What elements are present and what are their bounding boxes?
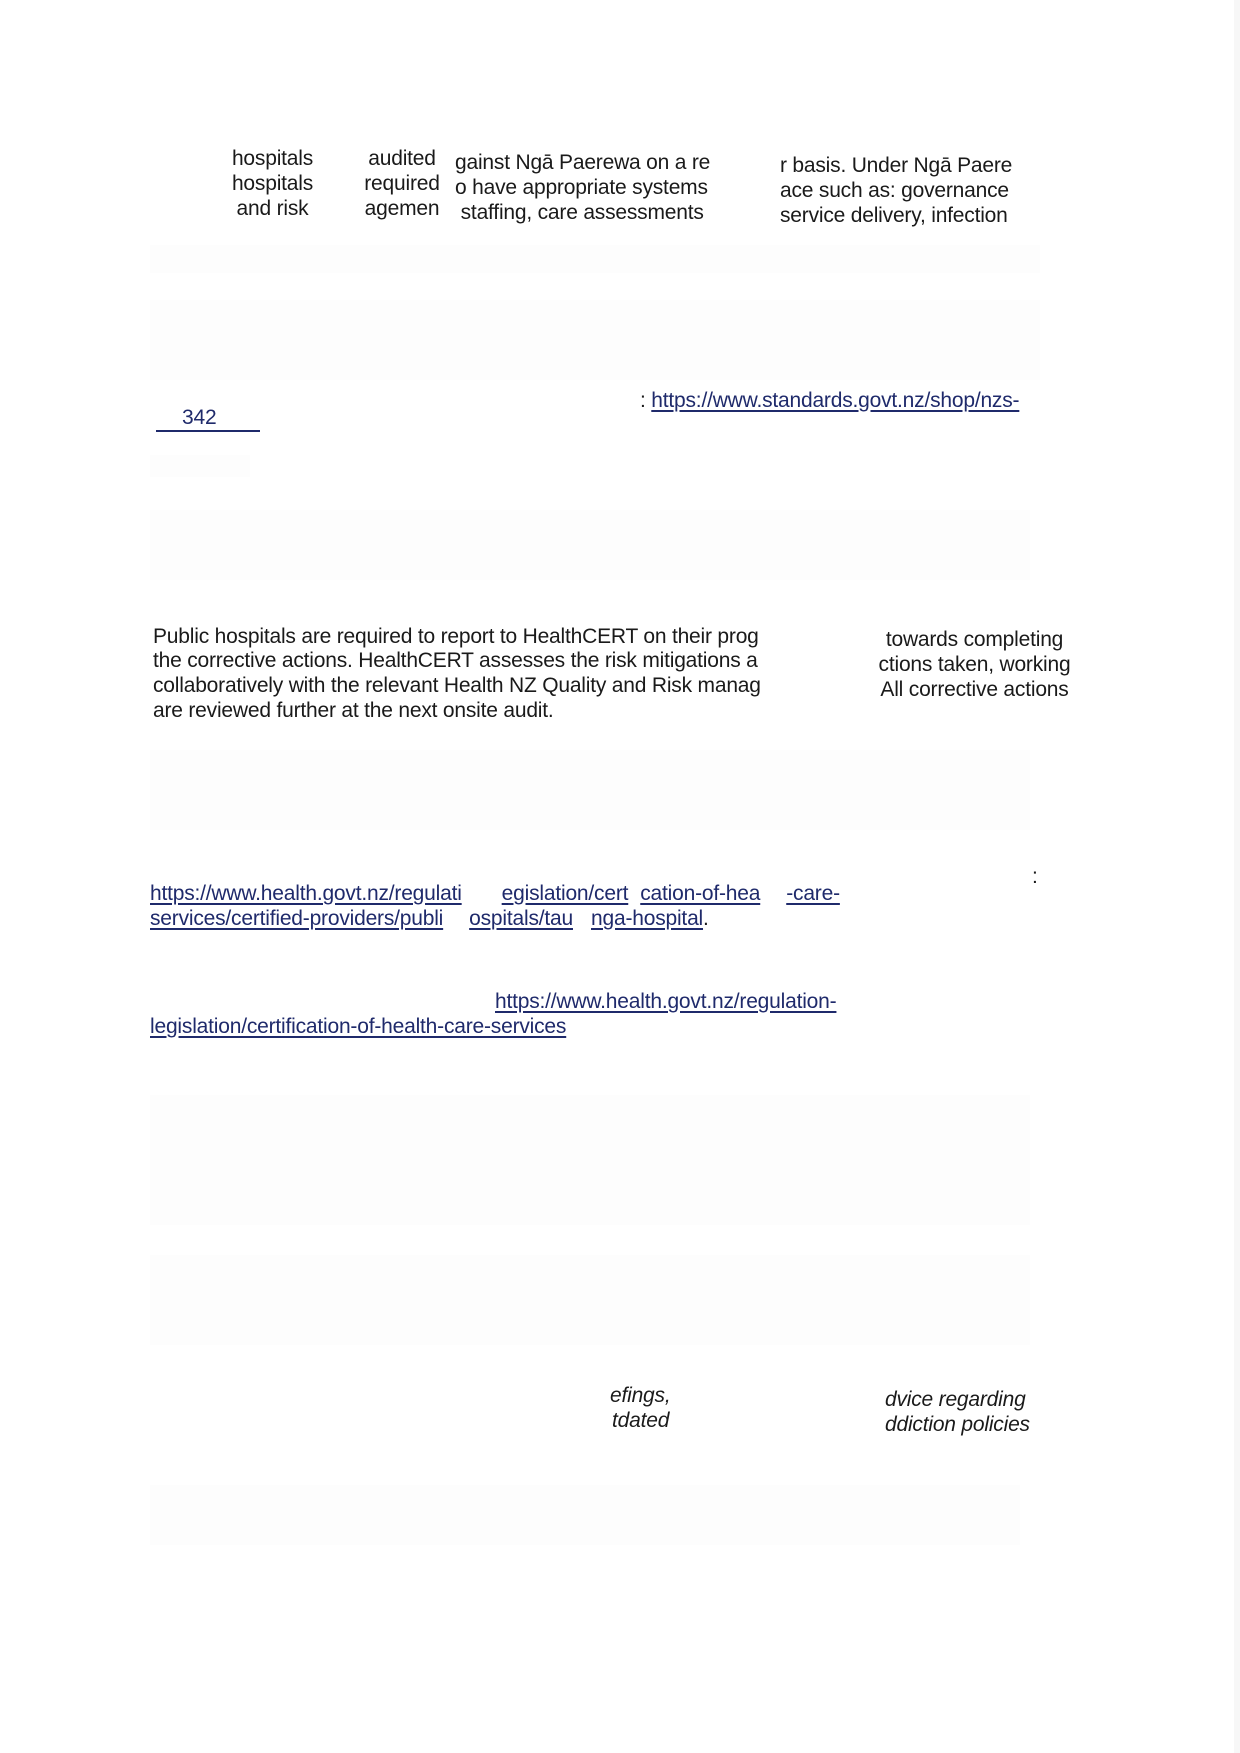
fragment: towards completing [862,627,1087,652]
fragment: are reviewed further at the next onsite … [153,698,761,723]
redacted-block [150,510,1030,580]
fragment: ace such as: governance [780,178,1012,203]
redacted-block [150,245,1040,273]
link-part[interactable]: services/certified-providers/publi [150,907,443,930]
standards-link[interactable]: https://www.standards.govt.nz/shop/nzs- [651,389,1019,412]
link-part[interactable]: ospitals/tau [469,907,573,930]
standards-number: 342 [182,405,216,430]
link-part[interactable]: nga-hospital [591,907,703,930]
fragment: agemen [358,196,446,221]
redacted-block [150,1095,1030,1225]
scan-edge [1234,0,1240,1753]
fragment: Public hospitals are required to report … [153,624,761,649]
paragraph-2: Public hospitals are required to report … [153,624,761,723]
redacted-block [150,1255,1030,1345]
fragment: hospitals [225,146,320,171]
fragment: tdated [610,1408,670,1433]
fragment: All corrective actions [862,677,1087,702]
fragment: collaboratively with the relevant Health… [153,673,761,698]
certification-link[interactable]: https://www.health.govt.nz/regulation- l… [150,989,836,1039]
link-part[interactable]: -care- [786,882,840,905]
fragment: ctions taken, working [862,652,1087,677]
fragment: o have appropriate systems [455,175,710,200]
paragraph-2-right: towards completing ctions taken, working… [862,627,1087,702]
period: . [703,907,709,930]
fragment: service delivery, infection [780,203,1012,228]
colon: : [1032,864,1038,889]
fragment: r basis. Under Ngā Paere [780,153,1012,178]
redacted-block [150,750,1030,830]
link-part[interactable]: egislation/cert [502,882,629,905]
fragment: gainst Ngā Paerewa on a re [455,150,710,175]
link-part[interactable]: https://www.health.govt.nz/regulati [150,882,462,905]
underline-rule [156,430,260,432]
tauranga-link[interactable]: https://www.health.govt.nz/regulati egis… [150,881,840,931]
fragment: hospitals [225,171,320,196]
link-part[interactable]: legislation/certification-of-health-care… [150,1015,566,1038]
link-part[interactable]: cation-of-hea [640,882,760,905]
redacted-block [150,455,250,477]
colon: : [640,389,646,412]
fragment: dvice regarding [885,1387,1030,1412]
fragment: the corrective actions. HealthCERT asses… [153,648,761,673]
fragment: ddiction policies [885,1412,1030,1437]
fragment: audited [358,146,446,171]
italic-fragment-left: efings, tdated [610,1383,670,1433]
fragment: required [358,171,446,196]
fragment: staffing, care assessments [455,200,710,225]
fragment: and risk [225,196,320,221]
fragment: efings, [610,1383,670,1408]
link-part[interactable]: https://www.health.govt.nz/regulation- [495,990,836,1013]
redacted-block [150,1485,1020,1545]
redacted-block [150,300,1040,380]
italic-fragment-right: dvice regarding ddiction policies [885,1387,1030,1437]
